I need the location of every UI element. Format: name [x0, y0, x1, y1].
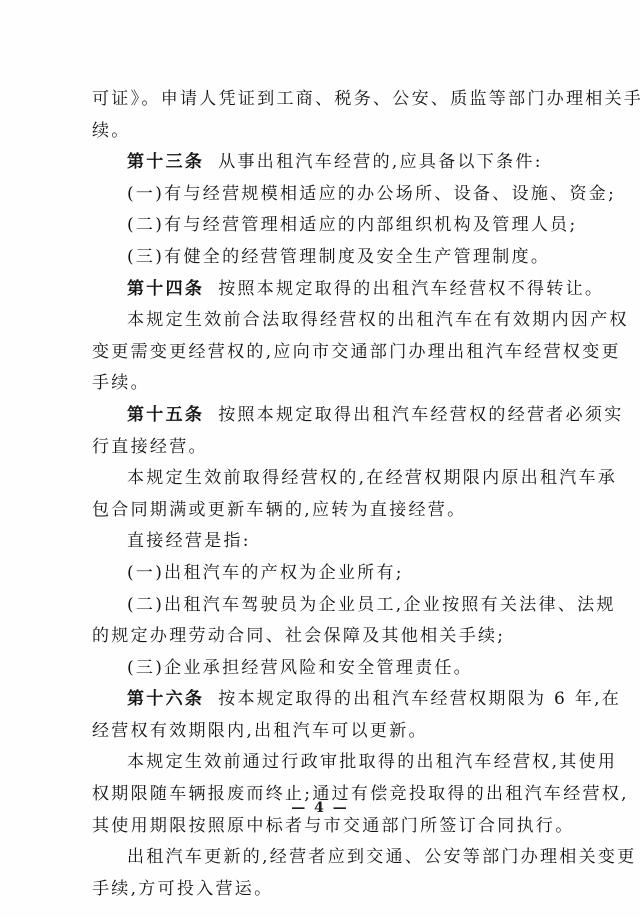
text-line: 出租汽车更新的,经营者应到交通、公安等部门办理相关变更 — [92, 842, 548, 874]
article-text: 从事出租汽车经营的,应具备以下条件: — [218, 152, 543, 172]
text-line: 行直接经营。 — [92, 432, 548, 464]
article-14-line: 第十四条按照本规定取得的出租汽车经营权不得转让。 — [92, 274, 548, 306]
article-text: 按照本规定取得的出租汽车经营权不得转让。 — [218, 279, 604, 299]
article-text: 按照本规定取得出租汽车经营权的经营者必须实 — [218, 405, 623, 425]
text-line: 的规定办理劳动合同、社会保障及其他相关手续; — [92, 621, 548, 653]
article-text: 按本规定取得的出租汽车经营权期限为 6 年,在 — [218, 689, 621, 709]
article-number: 第十六条 — [127, 689, 204, 709]
text-line: (一)出租汽车的产权为企业所有; — [92, 558, 548, 590]
text-line: 本规定生效前通过行政审批取得的出租汽车经营权,其使用 — [92, 747, 548, 779]
text-line: (三)企业承担经营风险和安全管理责任。 — [92, 653, 548, 685]
body-text: 可证》。申请人凭证到工商、税务、公安、质监等部门办理相关手 续。 第十三条从事出… — [92, 84, 548, 905]
text-line: 经营权有效期限内,出租汽车可以更新。 — [92, 716, 548, 748]
text-line: 可证》。申请人凭证到工商、税务、公安、质监等部门办理相关手 — [92, 84, 548, 116]
article-number: 第十四条 — [127, 279, 204, 299]
text-line: 续。 — [92, 116, 548, 148]
article-number: 第十五条 — [127, 405, 204, 425]
text-line: 手续。 — [92, 368, 548, 400]
text-line: (三)有健全的经营管理制度及安全生产管理制度。 — [92, 242, 548, 274]
article-number: 第十三条 — [127, 152, 204, 172]
article-13-line: 第十三条从事出租汽车经营的,应具备以下条件: — [92, 147, 548, 179]
text-line: 变更需变更经营权的,应向市交通部门办理出租汽车经营权变更 — [92, 337, 548, 369]
text-line: 包合同期满或更新车辆的,应转为直接经营。 — [92, 495, 548, 527]
article-16-line: 第十六条按本规定取得的出租汽车经营权期限为 6 年,在 — [92, 684, 548, 716]
text-line: 本规定生效前取得经营权的,在经营权期限内原出租汽车承 — [92, 463, 548, 495]
page-number: — 4 — — [0, 800, 640, 816]
text-line: 直接经营是指: — [92, 526, 548, 558]
article-15-line: 第十五条按照本规定取得出租汽车经营权的经营者必须实 — [92, 400, 548, 432]
text-line: (二)出租汽车驾驶员为企业员工,企业按照有关法律、法规 — [92, 590, 548, 622]
text-line: 手续,方可投入营运。 — [92, 874, 548, 906]
document-page: 可证》。申请人凭证到工商、税务、公安、质监等部门办理相关手 续。 第十三条从事出… — [0, 0, 640, 917]
text-line: (一)有与经营规模相适应的办公场所、设备、设施、资金; — [92, 179, 548, 211]
text-line: (二)有与经营管理相适应的内部组织机构及管理人员; — [92, 210, 548, 242]
text-line: 本规定生效前合法取得经营权的出租汽车在有效期内因产权 — [92, 305, 548, 337]
